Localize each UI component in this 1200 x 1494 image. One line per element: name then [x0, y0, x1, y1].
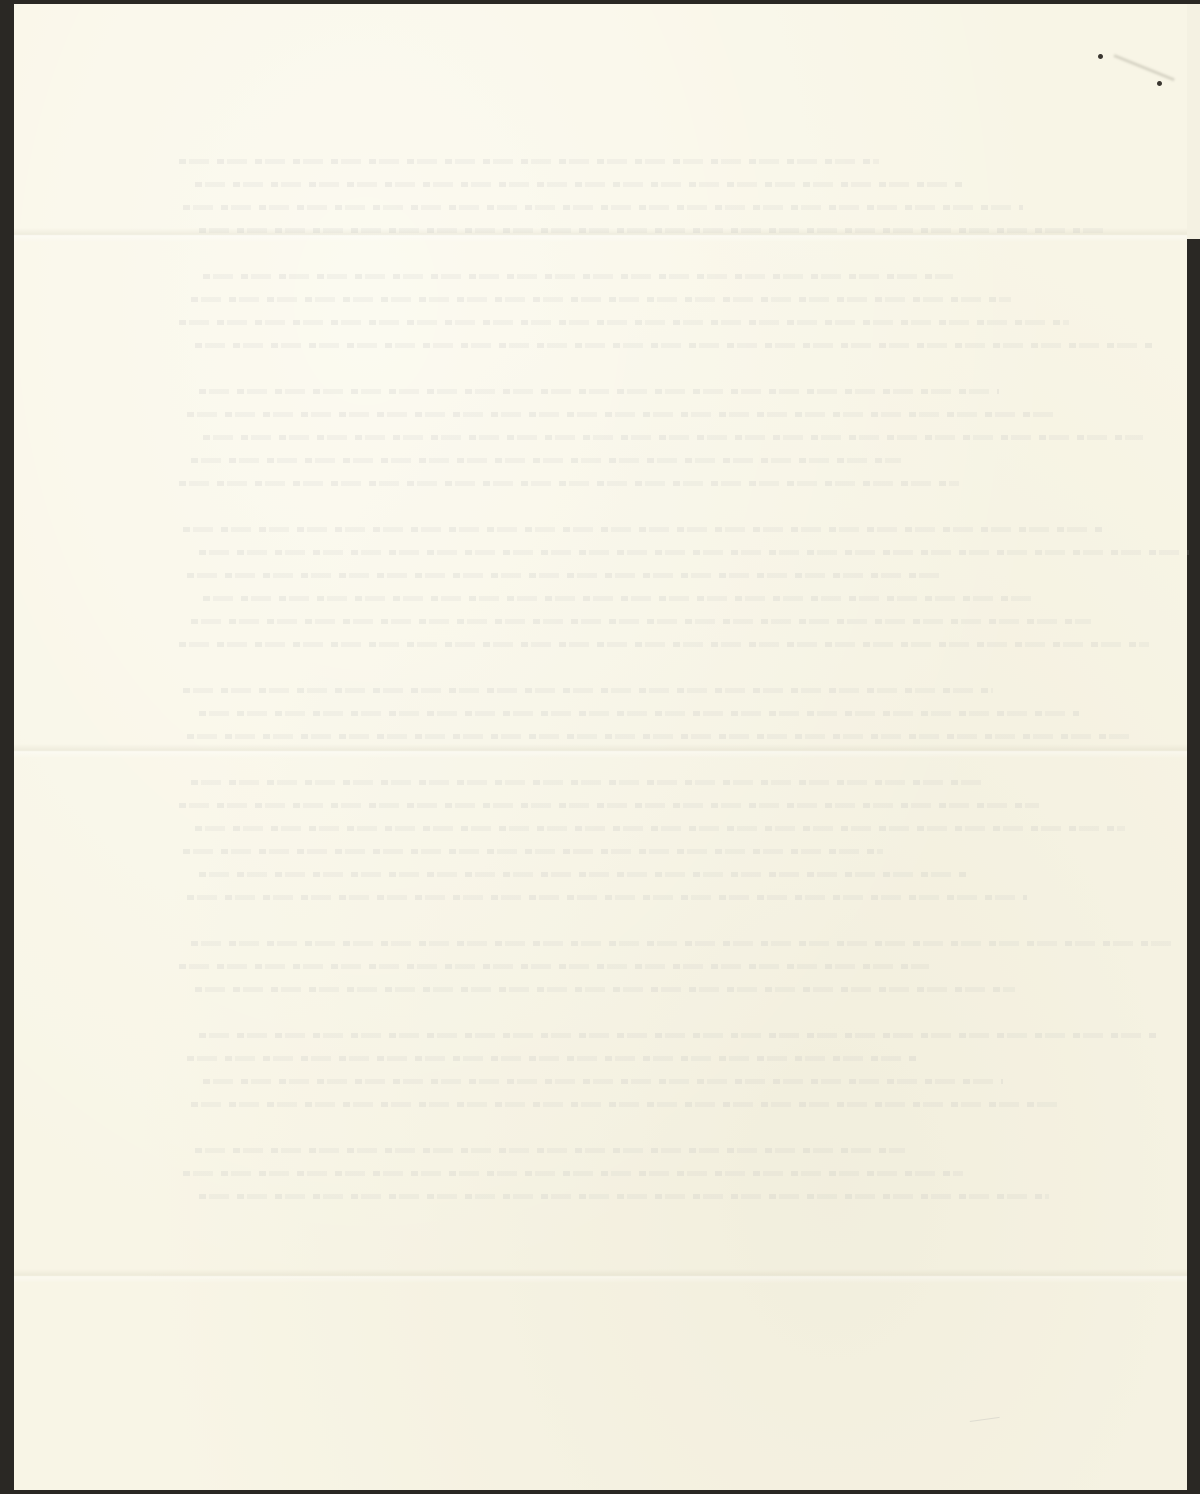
- bleed-line: [187, 1056, 917, 1061]
- bleed-line: [187, 734, 1137, 739]
- bleed-line: [199, 711, 1079, 716]
- paper-sheet: [14, 4, 1187, 1490]
- bleed-line: [187, 412, 1057, 417]
- staple-hole: [1098, 54, 1103, 59]
- staple-shadow: [1113, 54, 1174, 81]
- bleed-line: [183, 849, 883, 854]
- bleed-line: [199, 1033, 1159, 1038]
- bleed-line: [195, 987, 1015, 992]
- bleed-line: [187, 895, 1027, 900]
- bleed-line: [191, 619, 1091, 624]
- bleed-line: [179, 320, 1069, 325]
- bleed-line: [195, 665, 935, 670]
- fold-line: [14, 1269, 1187, 1283]
- bleed-line: [191, 458, 901, 463]
- bleed-line: [203, 274, 953, 279]
- bleed-line: [183, 688, 993, 693]
- bleed-line: [183, 1010, 1073, 1015]
- staple-hole: [1157, 81, 1162, 86]
- bleed-line: [203, 1079, 1003, 1084]
- bleed-line: [179, 642, 1149, 647]
- bleed-line: [195, 1148, 905, 1153]
- bleed-through-text: [179, 159, 1179, 1217]
- bleed-line: [191, 297, 1011, 302]
- bleed-line: [191, 941, 1171, 946]
- bleed-line: [179, 481, 959, 486]
- bleed-line: [195, 182, 965, 187]
- bleed-line: [183, 527, 1103, 532]
- bleed-line: [187, 251, 1167, 256]
- faint-mark: [968, 1407, 999, 1422]
- bleed-line: [183, 366, 913, 371]
- bleed-line: [179, 964, 929, 969]
- bleed-line: [199, 550, 1189, 555]
- bleed-line: [195, 504, 1045, 509]
- bleed-line: [179, 803, 1039, 808]
- bleed-line: [195, 826, 1125, 831]
- bleed-line: [203, 918, 1113, 923]
- bleed-line: [203, 596, 1033, 601]
- bleed-line: [183, 205, 1023, 210]
- bleed-line: [191, 1102, 1061, 1107]
- bleed-line: [179, 1125, 1119, 1130]
- bleed-line: [183, 1171, 963, 1176]
- paper-edge: [1187, 4, 1200, 239]
- bleed-line: [199, 872, 969, 877]
- bleed-line: [191, 780, 981, 785]
- bleed-line: [179, 159, 879, 164]
- bleed-line: [203, 435, 1143, 440]
- bleed-line: [195, 343, 1155, 348]
- bleed-line: [199, 228, 1109, 233]
- bleed-line: [199, 1194, 1049, 1199]
- bleed-line: [199, 389, 999, 394]
- bleed-line: [187, 573, 947, 578]
- bleed-line: [203, 757, 923, 762]
